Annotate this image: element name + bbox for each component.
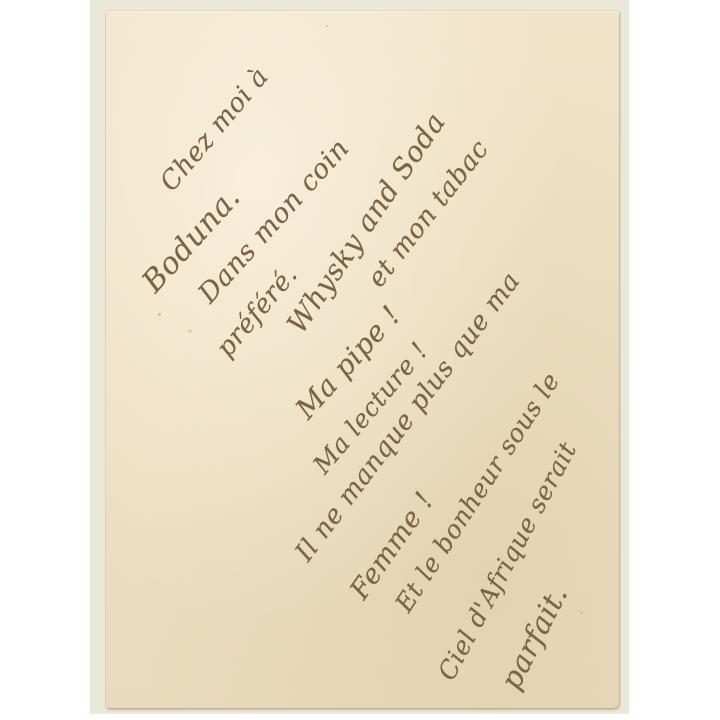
paper-speck	[326, 25, 328, 27]
paper-speck	[580, 611, 583, 614]
scan-background: Chez moi àBoduna.Dans mon coinpréféré.Wh…	[0, 0, 720, 720]
paper-speck	[158, 313, 161, 316]
paper-speck	[188, 329, 192, 333]
